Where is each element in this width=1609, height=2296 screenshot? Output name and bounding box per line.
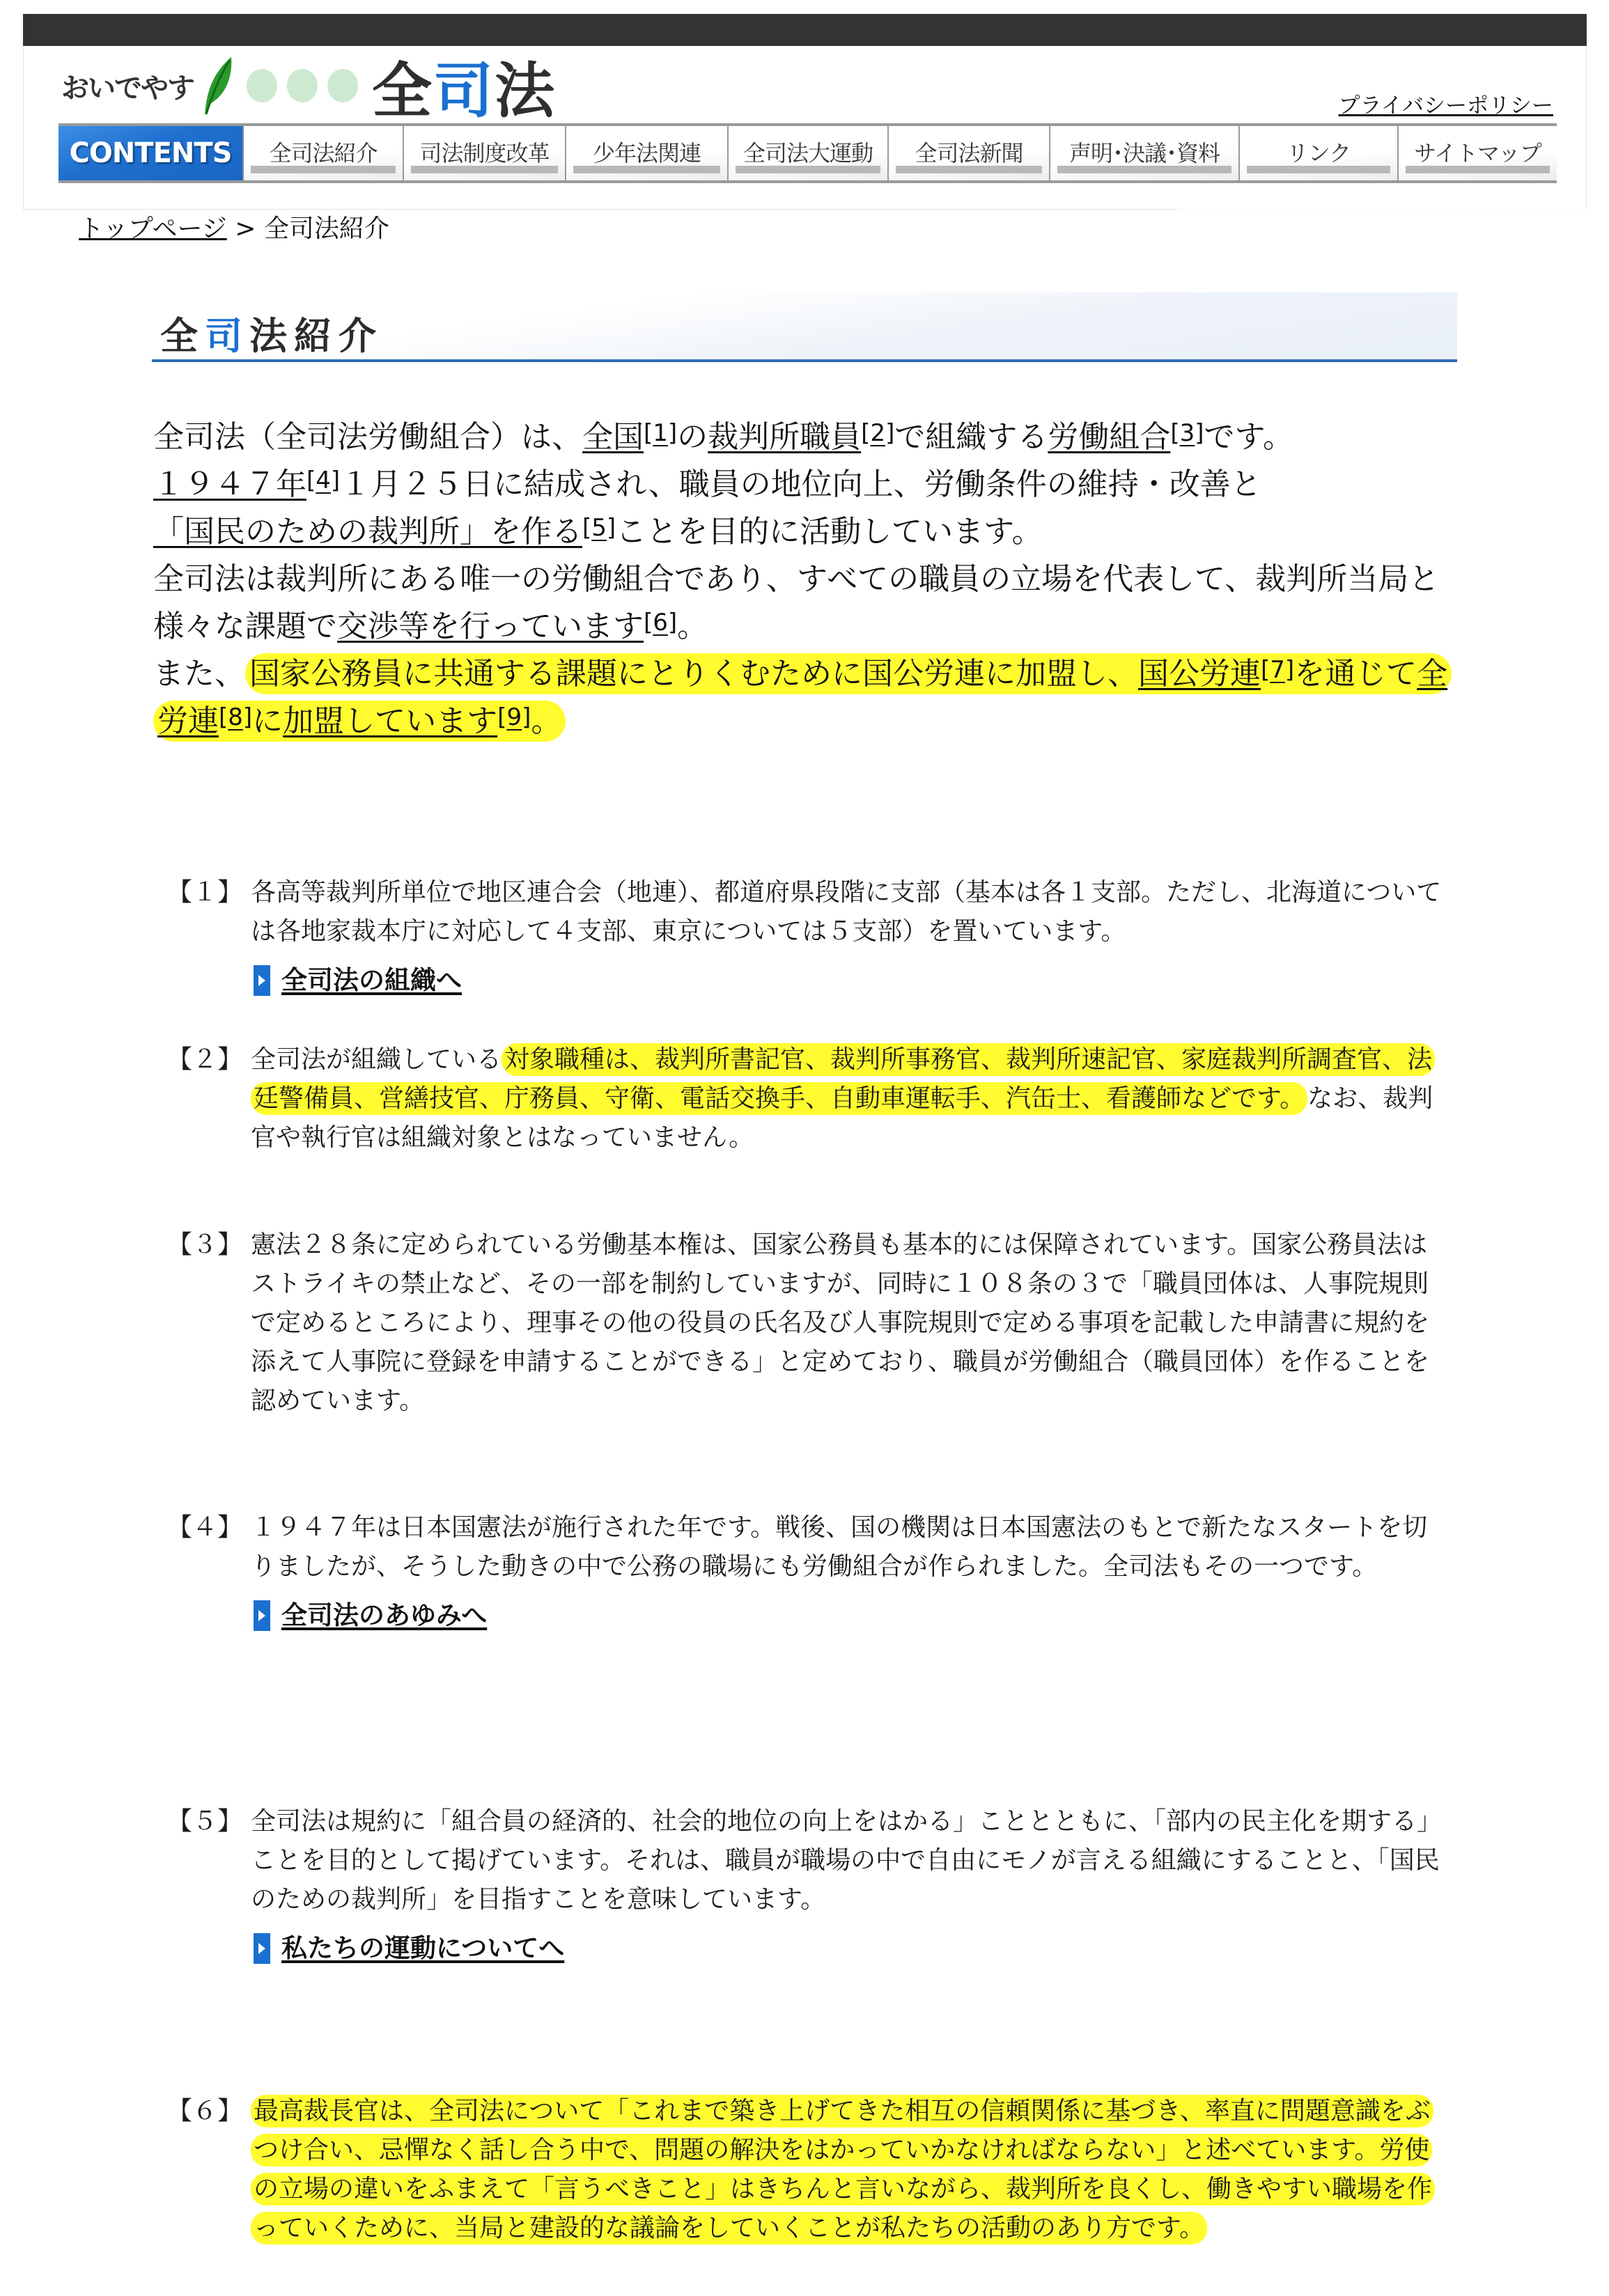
link-court-for-people[interactable]: 「国民のための裁判所」を作る	[153, 514, 582, 549]
link-organization-text[interactable]: 全司法の組織へ	[281, 961, 462, 1000]
footnote-ref[interactable]: [7]	[1261, 656, 1294, 684]
footnote-1: 【１】 各高等裁判所単位で地区連合会（地連）、都道府県段階に支部（基本は各１支部…	[167, 873, 1449, 1000]
link-our-movement-text[interactable]: 私たちの運動についてへ	[281, 1929, 564, 1968]
nav-tab-sitemap[interactable]: サイトマップ	[1399, 126, 1557, 180]
logo-greeting: おいでやす	[61, 66, 194, 106]
footnote-number: 【３】	[167, 1226, 251, 1265]
text: ことを目的に活動しています。	[616, 514, 1042, 549]
link-labor-union[interactable]: 労働組合	[1048, 419, 1170, 455]
link-history[interactable]: 全司法のあゆみへ	[254, 1596, 1449, 1635]
text: 全司法（全司法労働組合）は、	[153, 419, 582, 455]
nav-tab-newspaper[interactable]: 全司法新聞	[889, 126, 1050, 180]
text: １月２５日に結成され、職員の地位向上、労働条件の維持・改善と	[340, 467, 1261, 502]
text: 国家公務員に共通する課題にとりくむために国公労連に加盟し、	[249, 656, 1138, 692]
nav-tab-zenshiho-intro[interactable]: 全司法紹介	[244, 126, 404, 180]
nav-tab-label: サイトマップ	[1414, 136, 1541, 168]
link-negotiation[interactable]: 交渉等を行っています	[337, 609, 644, 644]
footnote-number: 【２】	[167, 1040, 251, 1079]
footnote-ref[interactable]: [6]	[644, 609, 677, 637]
intro-paragraph: １９４７年[4]１月２５日に結成され、職員の地位向上、労働条件の維持・改善と「国…	[153, 461, 1456, 556]
footnote-text: 各高等裁判所単位で地区連合会（地連）、都道府県段階に支部（基本は各１支部。ただし…	[251, 873, 1449, 951]
site-logo[interactable]: おいでやす 全司法	[61, 54, 556, 117]
footnote-ref[interactable]: [2]	[861, 419, 894, 447]
nav-contents-label: CONTENTS	[59, 126, 244, 180]
nav-tab-campaign[interactable]: 全司法大運動	[729, 126, 889, 180]
footnote-number[interactable]: 2	[870, 419, 885, 447]
footnote-number[interactable]: 5	[591, 514, 607, 542]
nav-tab-label: 声明･決議･資料	[1069, 136, 1220, 168]
nav-tab-label: 司法制度改革	[419, 136, 549, 168]
footnote-number[interactable]: 1	[653, 419, 668, 447]
page-title-part: 法紹介	[249, 314, 383, 358]
footnote-number[interactable]: 4	[316, 467, 331, 494]
nav-tab-judicial-reform[interactable]: 司法制度改革	[404, 126, 566, 180]
arrow-right-icon	[254, 965, 270, 996]
footnote-2: 【２】 全司法が組織している対象職種は、裁判所書記官、裁判所事務官、裁判所速記官…	[167, 1040, 1449, 1157]
breadcrumb-home-link[interactable]: トップページ	[79, 214, 227, 243]
privacy-policy-link[interactable]: プライバシーポリシー	[1339, 88, 1553, 119]
footnote-text: 憲法２８条に定められている労働基本権は、国家公務員も基本的には保障されています。…	[251, 1226, 1449, 1421]
footnote-number[interactable]: 8	[228, 703, 243, 731]
highlight: 国家公務員に共通する課題にとりくむために国公労連に加盟し、国公労連[7]を通じて…	[153, 653, 1452, 742]
footnote-6: 【６】 最高裁長官は、全司法について「これまで築き上げてきた相互の信頼関係に基づ…	[167, 2092, 1449, 2248]
header-divider	[1177, 209, 1588, 210]
text: また、	[153, 656, 245, 692]
main-nav: CONTENTS 全司法紹介 司法制度改革 少年法関連 全司法大運動 全司法新聞…	[59, 123, 1557, 183]
footnote-ref[interactable]: [5]	[582, 514, 616, 542]
top-bar	[23, 14, 1587, 46]
footnote-number[interactable]: 3	[1180, 419, 1195, 447]
logo-title-part: 全	[372, 56, 433, 126]
intro-text: 全司法（全司法労働組合）は、全国[1]の裁判所職員[2]で組織する労働組合[3]…	[153, 414, 1456, 745]
page-title-text: 全司法紹介	[160, 306, 383, 360]
link-zenkoku[interactable]: 全国	[582, 419, 644, 455]
footnote-number[interactable]: 7	[1270, 656, 1285, 684]
text: 。	[531, 703, 561, 739]
footnote-ref[interactable]: [3]	[1170, 419, 1204, 447]
nav-tab-label: 全司法新聞	[915, 136, 1023, 168]
footnote-text: 全司法が組織している対象職種は、裁判所書記官、裁判所事務官、裁判所速記官、家庭裁…	[251, 1040, 1449, 1157]
heading-rule	[152, 359, 1457, 362]
footnote-number: 【１】	[167, 873, 251, 912]
text: 。	[677, 609, 708, 644]
footnote-5: 【５】 全司法は規約に「組合員の経済的、社会的地位の向上をはかる」こととともに、…	[167, 1802, 1449, 1968]
nav-tab-links[interactable]: リンク	[1240, 126, 1399, 180]
intro-paragraph: 全司法は裁判所にある唯一の労働組合であり、すべての職員の立場を代表して、裁判所当…	[153, 556, 1456, 650]
link-1947[interactable]: １９４７年	[153, 467, 306, 502]
logo-title-part: 法	[495, 56, 556, 126]
nav-tab-statements[interactable]: 声明･決議･資料	[1050, 126, 1240, 180]
breadcrumb-current: 全司法紹介	[264, 214, 389, 243]
arrow-right-icon	[254, 1600, 270, 1631]
arrow-right-icon	[254, 1933, 270, 1964]
footnote-3: 【３】 憲法２８条に定められている労働基本権は、国家公務員も基本的には保障されて…	[167, 1226, 1449, 1421]
footnote-number: 【５】	[167, 1802, 251, 1841]
text: です。	[1204, 419, 1293, 455]
leaf-icon	[199, 54, 234, 117]
footnote-number: 【４】	[167, 1508, 251, 1547]
nav-tab-juvenile-law[interactable]: 少年法関連	[566, 126, 729, 180]
page-title-part: 全	[160, 314, 205, 358]
intro-paragraph: また、国家公務員に共通する課題にとりくむために国公労連に加盟し、国公労連[7]を…	[153, 650, 1456, 745]
text: を通じて	[1294, 656, 1417, 692]
nav-tab-label: リンク	[1287, 136, 1351, 168]
text: に	[252, 703, 283, 739]
footnote-4: 【４】 １９４７年は日本国憲法が施行された年です。戦後、国の機関は日本国憲法のも…	[167, 1508, 1449, 1635]
link-affiliation[interactable]: 加盟しています	[283, 703, 497, 739]
footnote-ref[interactable]: [4]	[306, 467, 340, 494]
footnote-text: 最高裁長官は、全司法について「これまで築き上げてきた相互の信頼関係に基づき、率直…	[251, 2092, 1449, 2248]
logo-title: 全司法	[372, 42, 556, 129]
dot-icon	[247, 69, 277, 102]
footnote-number: 【６】	[167, 2092, 251, 2131]
logo-dots	[247, 69, 358, 102]
footnote-text: 全司法は規約に「組合員の経済的、社会的地位の向上をはかる」こととともに、「部内の…	[251, 1802, 1449, 1919]
footnote-number[interactable]: 9	[506, 703, 522, 731]
link-our-movement[interactable]: 私たちの運動についてへ	[254, 1929, 1449, 1968]
link-history-text[interactable]: 全司法のあゆみへ	[281, 1596, 487, 1635]
nav-tab-label: 全司法大運動	[743, 136, 873, 168]
footnote-number[interactable]: 6	[653, 609, 668, 637]
logo-title-part: 司	[433, 56, 495, 126]
nav-tab-label: 全司法紹介	[269, 136, 377, 168]
text: の	[677, 419, 708, 455]
footnote-ref[interactable]: [1]	[644, 419, 677, 447]
nav-tab-label: 少年法関連	[593, 136, 701, 168]
highlight: 最高裁長官は、全司法について「これまで築き上げてきた相互の信頼関係に基づき、率直…	[251, 2095, 1435, 2244]
breadcrumb-separator: >	[227, 214, 264, 243]
text: 全司法が組織している	[251, 1045, 502, 1074]
link-kokko-roren[interactable]: 国公労連	[1138, 656, 1261, 692]
footnote-ref[interactable]: [8]	[219, 703, 252, 731]
breadcrumb: トップページ > 全司法紹介	[79, 209, 389, 244]
dot-icon	[287, 69, 318, 102]
link-court-staff[interactable]: 裁判所職員	[708, 419, 861, 455]
intro-paragraph: 全司法（全司法労働組合）は、全国[1]の裁判所職員[2]で組織する労働組合[3]…	[153, 414, 1456, 461]
page-title: 全司法紹介	[152, 292, 1457, 362]
footnote-text: １９４７年は日本国憲法が施行された年です。戦後、国の機関は日本国憲法のもとで新た…	[251, 1508, 1449, 1586]
text: で組織する	[894, 419, 1048, 455]
link-organization[interactable]: 全司法の組織へ	[254, 961, 1449, 1000]
dot-icon	[327, 69, 358, 102]
page-title-part: 司	[205, 314, 249, 358]
footnote-ref[interactable]: [9]	[497, 703, 531, 731]
